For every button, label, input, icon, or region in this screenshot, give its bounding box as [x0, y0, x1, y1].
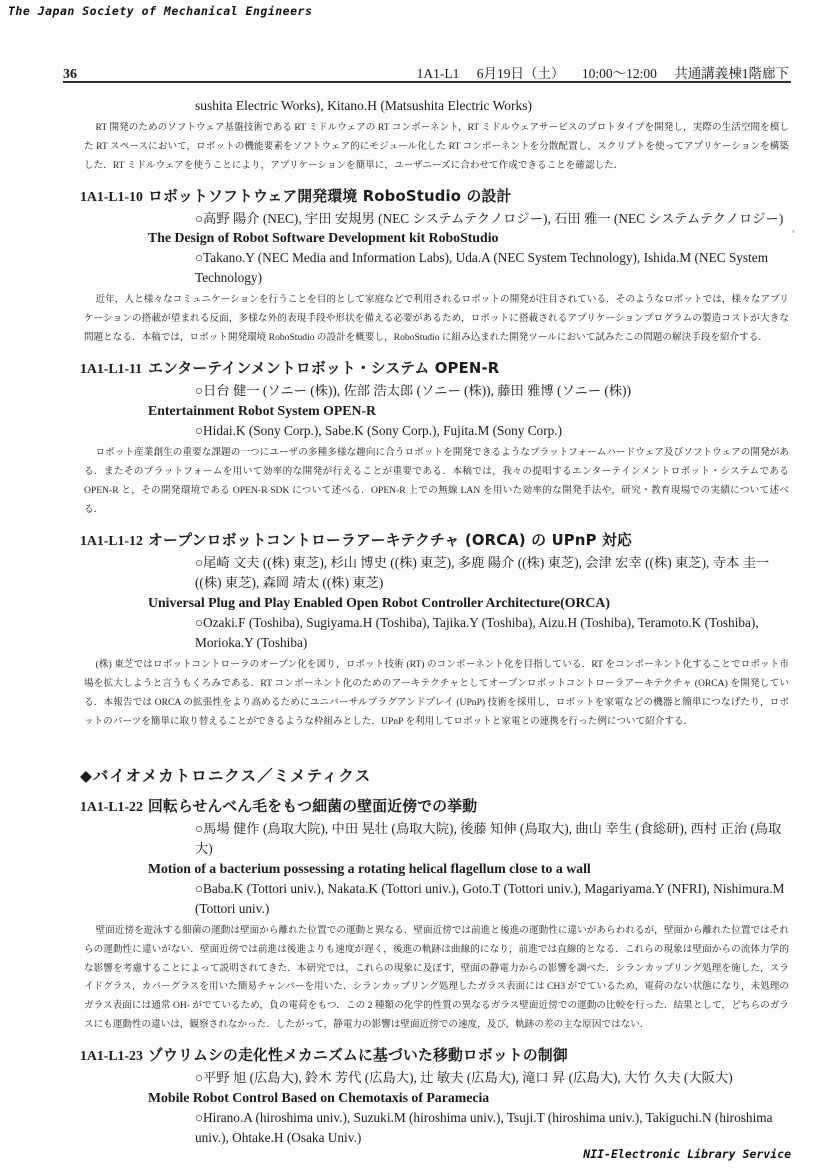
abstract-japanese: (株) 東芝ではロボットコントローラのオープン化を図り，ロボット技術 (RT) …	[84, 656, 789, 732]
paper-id: 1A1-L1-11	[80, 361, 142, 377]
paper-entry: 1A1-L1-12 オープンロボットコントローラアーキテクチャ (ORCA) の…	[80, 529, 791, 732]
authors-english: ○Hirano.A (hiroshima univ.), Suzuki.M (h…	[195, 1108, 791, 1148]
abstract-japanese: 近年，人と様々なコミュニケーションを行うことを目的として家庭などで利用されるロボ…	[84, 291, 789, 348]
program-content: sushita Electric Works), Kitano.H (Matsu…	[80, 96, 791, 1148]
paper-title-japanese: 回転らせんべん毛をもつ細菌の壁面近傍での挙動	[148, 795, 477, 816]
paper-title-japanese: ゾウリムシの走化性メカニズムに基づいた移動ロボットの制御	[148, 1044, 568, 1065]
paper-entry: 1A1-L1-23 ゾウリムシの走化性メカニズムに基づいた移動ロボットの制御 ○…	[80, 1044, 791, 1148]
paper-entry: 1A1-L1-22 回転らせんべん毛をもつ細菌の壁面近傍での挙動 ○馬場 健作 …	[80, 795, 791, 1036]
session-time: 10:00～12:00	[582, 66, 657, 81]
authors-japanese: ○高野 陽介 (NEC), 宇田 安規男 (NEC システムテクノロジー), 石…	[195, 209, 791, 229]
authors-japanese: ○日台 健一 (ソニー (株)), 佐部 浩太郎 (ソニー (株)), 藤田 雅…	[195, 381, 791, 401]
authors-japanese: ○馬場 健作 (鳥取大院), 中田 晃壮 (鳥取大院), 後藤 知伸 (鳥取大)…	[195, 819, 791, 859]
authors-english: ○Ozaki.F (Toshiba), Sugiyama.H (Toshiba)…	[195, 613, 791, 653]
paper-id: 1A1-L1-22	[80, 799, 142, 815]
header-rule	[63, 81, 791, 83]
continued-entry: sushita Electric Works), Kitano.H (Matsu…	[80, 96, 791, 176]
paper-title-english: The Design of Robot Software Development…	[148, 230, 791, 246]
document-page: The Japan Society of Mechanical Engineer…	[0, 0, 827, 1170]
authors-japanese: ○平野 旭 (広島大), 鈴木 芳代 (広島大), 辻 敏夫 (広島大), 滝口…	[195, 1068, 791, 1088]
paper-title-japanese: エンターテインメントロボット・システム OPEN-R	[148, 357, 499, 378]
session-category-heading: ◆バイオメカトロニクス／ミメティクス	[80, 764, 791, 786]
authors-english: ○Hidai.K (Sony Corp.), Sabe.K (Sony Corp…	[195, 421, 791, 441]
paper-entry: 1A1-L1-10 ロボットソフトウェア開発環境 RoboStudio の設計 …	[80, 185, 791, 349]
paper-title-english: Universal Plug and Play Enabled Open Rob…	[148, 595, 791, 611]
authors-english: ○Takano.Y (NEC Media and Information Lab…	[195, 248, 791, 288]
session-info: 1A1-L1 6月19日（土） 10:00～12:00 共通講義棟1階廊下	[417, 62, 789, 82]
paper-title-japanese: ロボットソフトウェア開発環境 RoboStudio の設計	[148, 185, 511, 206]
abstract-japanese: 壁面近傍を遊泳する細菌の運動は壁面から離れた位置での運動と異なる．壁面近傍では前…	[84, 922, 789, 1036]
abstract-japanese: ロボット産業創生の重要な課題の一つにユーザの多種多様な趣向に合うロボットを開発で…	[84, 444, 789, 520]
paper-title-english: Entertainment Robot System OPEN-R	[148, 403, 791, 419]
paper-id: 1A1-L1-23	[80, 1048, 142, 1064]
scan-watermark-header: The Japan Society of Mechanical Engineer…	[8, 4, 312, 18]
session-code: 1A1-L1	[417, 66, 460, 81]
paper-id: 1A1-L1-12	[80, 533, 142, 549]
scan-artifact-dot	[792, 230, 795, 233]
paper-title-japanese: オープンロボットコントローラアーキテクチャ (ORCA) の UPnP 対応	[148, 529, 632, 550]
paper-title-english: Motion of a bacterium possessing a rotat…	[148, 861, 791, 877]
page-header: 36 1A1-L1 6月19日（土） 10:00～12:00 共通講義棟1階廊下	[63, 62, 789, 83]
nii-library-footer: NII-Electronic Library Service	[583, 1147, 791, 1161]
authors-japanese: ○尾崎 文夫 ((株) 東芝), 杉山 博史 ((株) 東芝), 多鹿 陽介 (…	[195, 553, 791, 593]
paper-title-english: Mobile Robot Control Based on Chemotaxis…	[148, 1090, 791, 1106]
abstract-japanese: RT 開発のためのソフトウェア基盤技術である RT ミドルウェアの RT コンポ…	[84, 119, 789, 176]
session-date: 6月19日（土）	[477, 66, 565, 81]
authors-english-continued: sushita Electric Works), Kitano.H (Matsu…	[195, 96, 791, 116]
session-location: 共通講義棟1階廊下	[674, 66, 789, 81]
authors-english: ○Baba.K (Tottori univ.), Nakata.K (Totto…	[195, 879, 791, 919]
paper-id: 1A1-L1-10	[80, 189, 142, 205]
paper-entry: 1A1-L1-11 エンターテインメントロボット・システム OPEN-R ○日台…	[80, 357, 791, 520]
